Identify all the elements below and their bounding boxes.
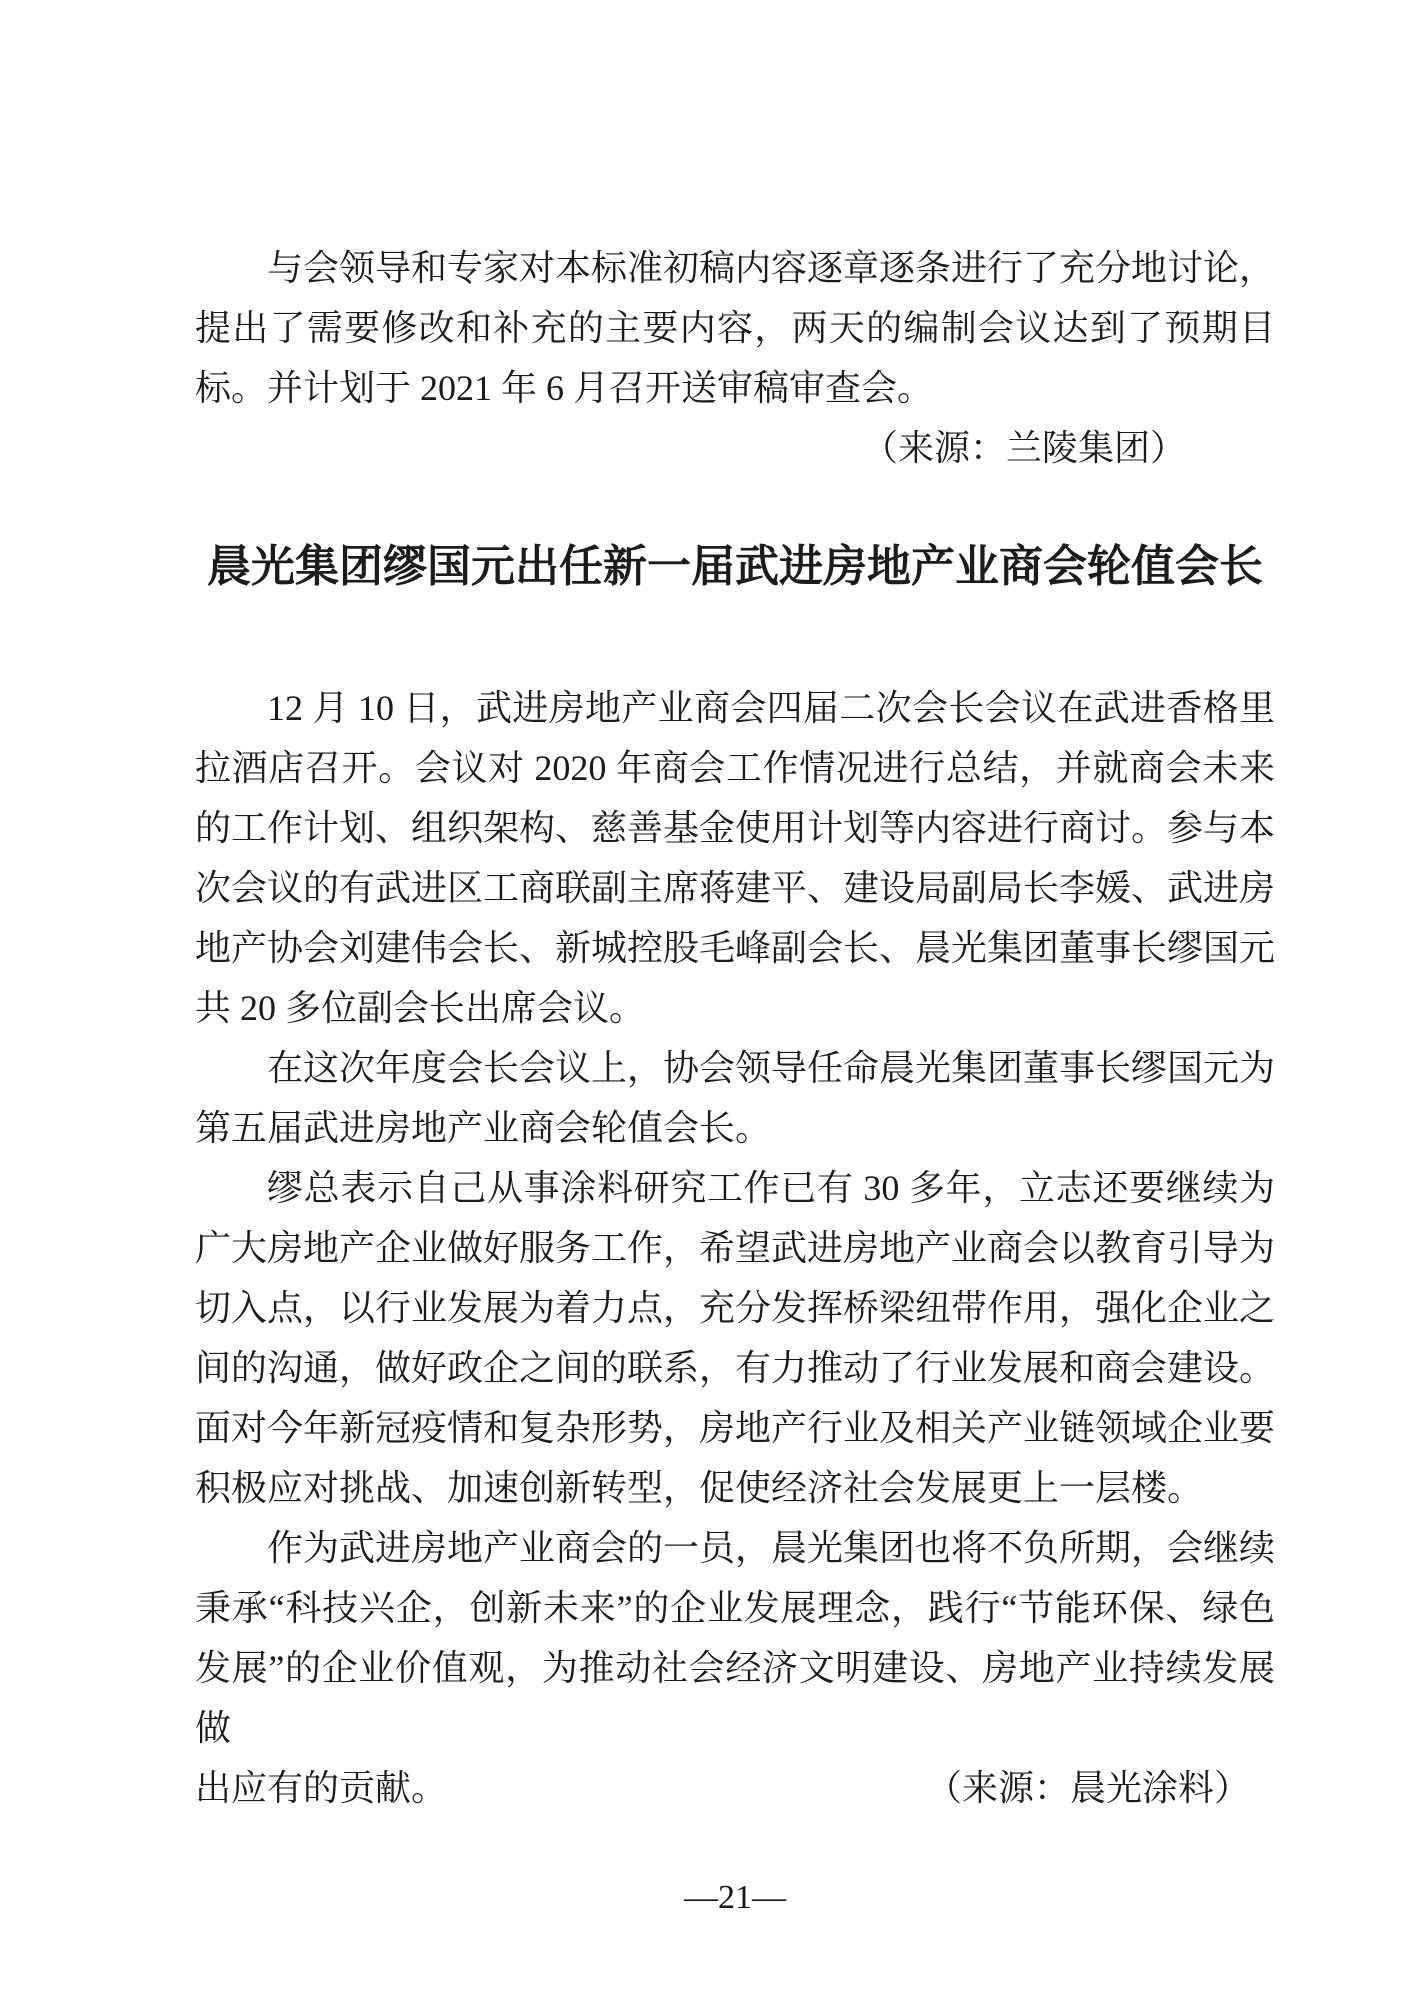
prev-article-closing-paragraph: 与会领导和专家对本标准初稿内容逐章逐条进行了充分地讨论，提出了需要修改和补充的主…: [195, 238, 1275, 418]
page-number: —21—: [195, 1868, 1275, 1928]
prev-article-source: （来源：兰陵集团）: [195, 418, 1275, 478]
article-source: （来源：晨光涂料）: [926, 1758, 1250, 1818]
article-closing-line: 出应有的贡献。 （来源：晨光涂料）: [195, 1758, 1275, 1818]
article-closing-text: 出应有的贡献。: [195, 1758, 447, 1818]
article-paragraph-3: 缪总表示自己从事涂料研究工作已有 30 多年，立志还要继续为广大房地产企业做好服…: [195, 1158, 1275, 1518]
article-paragraph-2: 在这次年度会长会议上，协会领导任命晨光集团董事长缪国元为第五届武进房地产业商会轮…: [195, 1038, 1275, 1158]
document-page: 与会领导和专家对本标准初稿内容逐章逐条进行了充分地讨论，提出了需要修改和补充的主…: [0, 0, 1415, 2000]
article-title: 晨光集团缪国元出任新一届武进房地产业商会轮值会长: [195, 535, 1275, 599]
page-content: 与会领导和专家对本标准初稿内容逐章逐条进行了充分地讨论，提出了需要修改和补充的主…: [195, 0, 1275, 1928]
article-paragraph-4: 作为武进房地产业商会的一员，晨光集团也将不负所期，会继续秉承“科技兴企，创新未来…: [195, 1518, 1275, 1758]
article-paragraph-1: 12 月 10 日，武进房地产业商会四届二次会长会议在武进香格里拉酒店召开。会议…: [195, 678, 1275, 1038]
